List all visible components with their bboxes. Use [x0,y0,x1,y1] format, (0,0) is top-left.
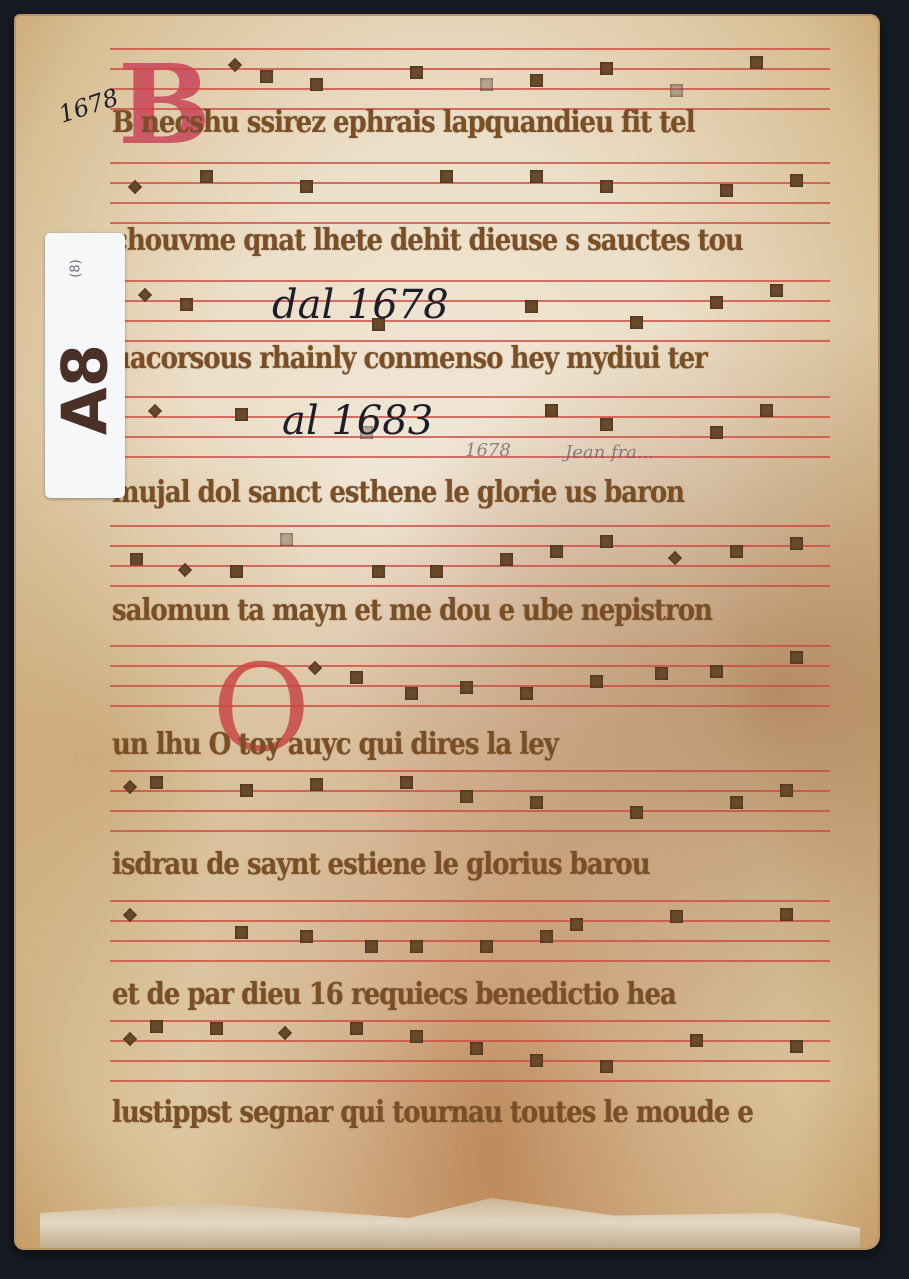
neume [235,408,248,421]
neume [150,1020,163,1033]
neume [760,404,773,417]
neume [260,70,273,83]
music-staff-7 [110,770,830,834]
neume [770,284,783,297]
neume [365,940,378,953]
neume [530,1054,543,1067]
neume [670,910,683,923]
neume [600,535,613,548]
neume [780,908,793,921]
neume [440,170,453,183]
neume [720,184,733,197]
neume [480,78,493,91]
neume [410,1030,423,1043]
neume [710,296,723,309]
music-staff-9 [110,1020,830,1084]
neume [600,1060,613,1073]
neume [300,930,313,943]
neume [480,940,493,953]
neume [372,565,385,578]
neume [550,545,563,558]
neume [600,418,613,431]
neume [530,170,543,183]
neume [310,78,323,91]
music-staff-2 [110,162,830,226]
date-to-annotation: al 1683 [282,398,433,444]
neume [240,784,253,797]
neume [278,1026,292,1040]
neume [668,551,682,565]
neume [200,170,213,183]
neume [350,1022,363,1035]
neume [410,940,423,953]
neume [570,918,583,931]
neume [540,930,553,943]
neume [590,675,603,688]
neume [790,537,803,550]
lyric-line-4: mujal dol sanct esthene le glorie us bar… [112,476,832,511]
neume [308,661,322,675]
date-from-annotation: dal 1678 [272,282,449,328]
neume [790,651,803,664]
neume [350,671,363,684]
faint-name-annotation: Jean fra... [565,442,654,463]
lyric-line-5: salomun ta mayn et me dou e ube nepistro… [112,594,832,629]
neume [780,784,793,797]
faint-year-annotation: 1678 [465,440,511,461]
lyric-line-9: lustippst segnar qui tournau toutes le m… [112,1096,832,1131]
neume [470,1042,483,1055]
label-code: A8 [49,330,122,450]
neume [150,776,163,789]
neume [280,533,293,546]
neume [430,565,443,578]
music-staff-5 [110,525,830,589]
neume [123,1032,137,1046]
music-staff-6 [110,645,830,709]
neume [405,687,418,700]
music-staff-8 [110,900,830,964]
neume [600,62,613,75]
neume [670,84,683,97]
neume [460,681,473,694]
lyric-line-8: et de par dieu 16 requiecs benedictio he… [112,978,832,1013]
neume [310,778,323,791]
neume [750,56,763,69]
lyric-line-6: un lhu O toy auyc qui dires la ley [112,728,832,763]
neume [460,790,473,803]
neume [410,66,423,79]
neume [230,565,243,578]
neume [210,1022,223,1035]
neume [530,796,543,809]
neume [655,667,668,680]
neume [300,180,313,193]
neume [525,300,538,313]
neume [710,665,723,678]
neume [600,180,613,193]
neume [630,806,643,819]
neume [790,174,803,187]
lyric-line-2: chouvme qnat lhete dehit dieuse s saucte… [112,224,832,259]
archive-shelf-label: (8) A8 [45,233,125,498]
neume [710,426,723,439]
neume [545,404,558,417]
music-staff-1 [110,48,830,112]
neume [730,545,743,558]
neume [690,1034,703,1047]
label-small-note: (8) [69,259,84,277]
lyric-line-7: isdrau de saynt estiene le glorius barou [112,848,832,883]
neume [630,316,643,329]
neume [400,776,413,789]
lyric-line-1: B necshu ssirez ephrais lapquandieu fit … [112,106,832,141]
neume [730,796,743,809]
neume [790,1040,803,1053]
lyric-line-3: uacorsous rhainly conmenso hey mydiui te… [112,342,832,377]
neume [530,74,543,87]
neume [180,298,193,311]
music-staff-3 [110,280,830,344]
neume [235,926,248,939]
neume [500,553,513,566]
neume [520,687,533,700]
